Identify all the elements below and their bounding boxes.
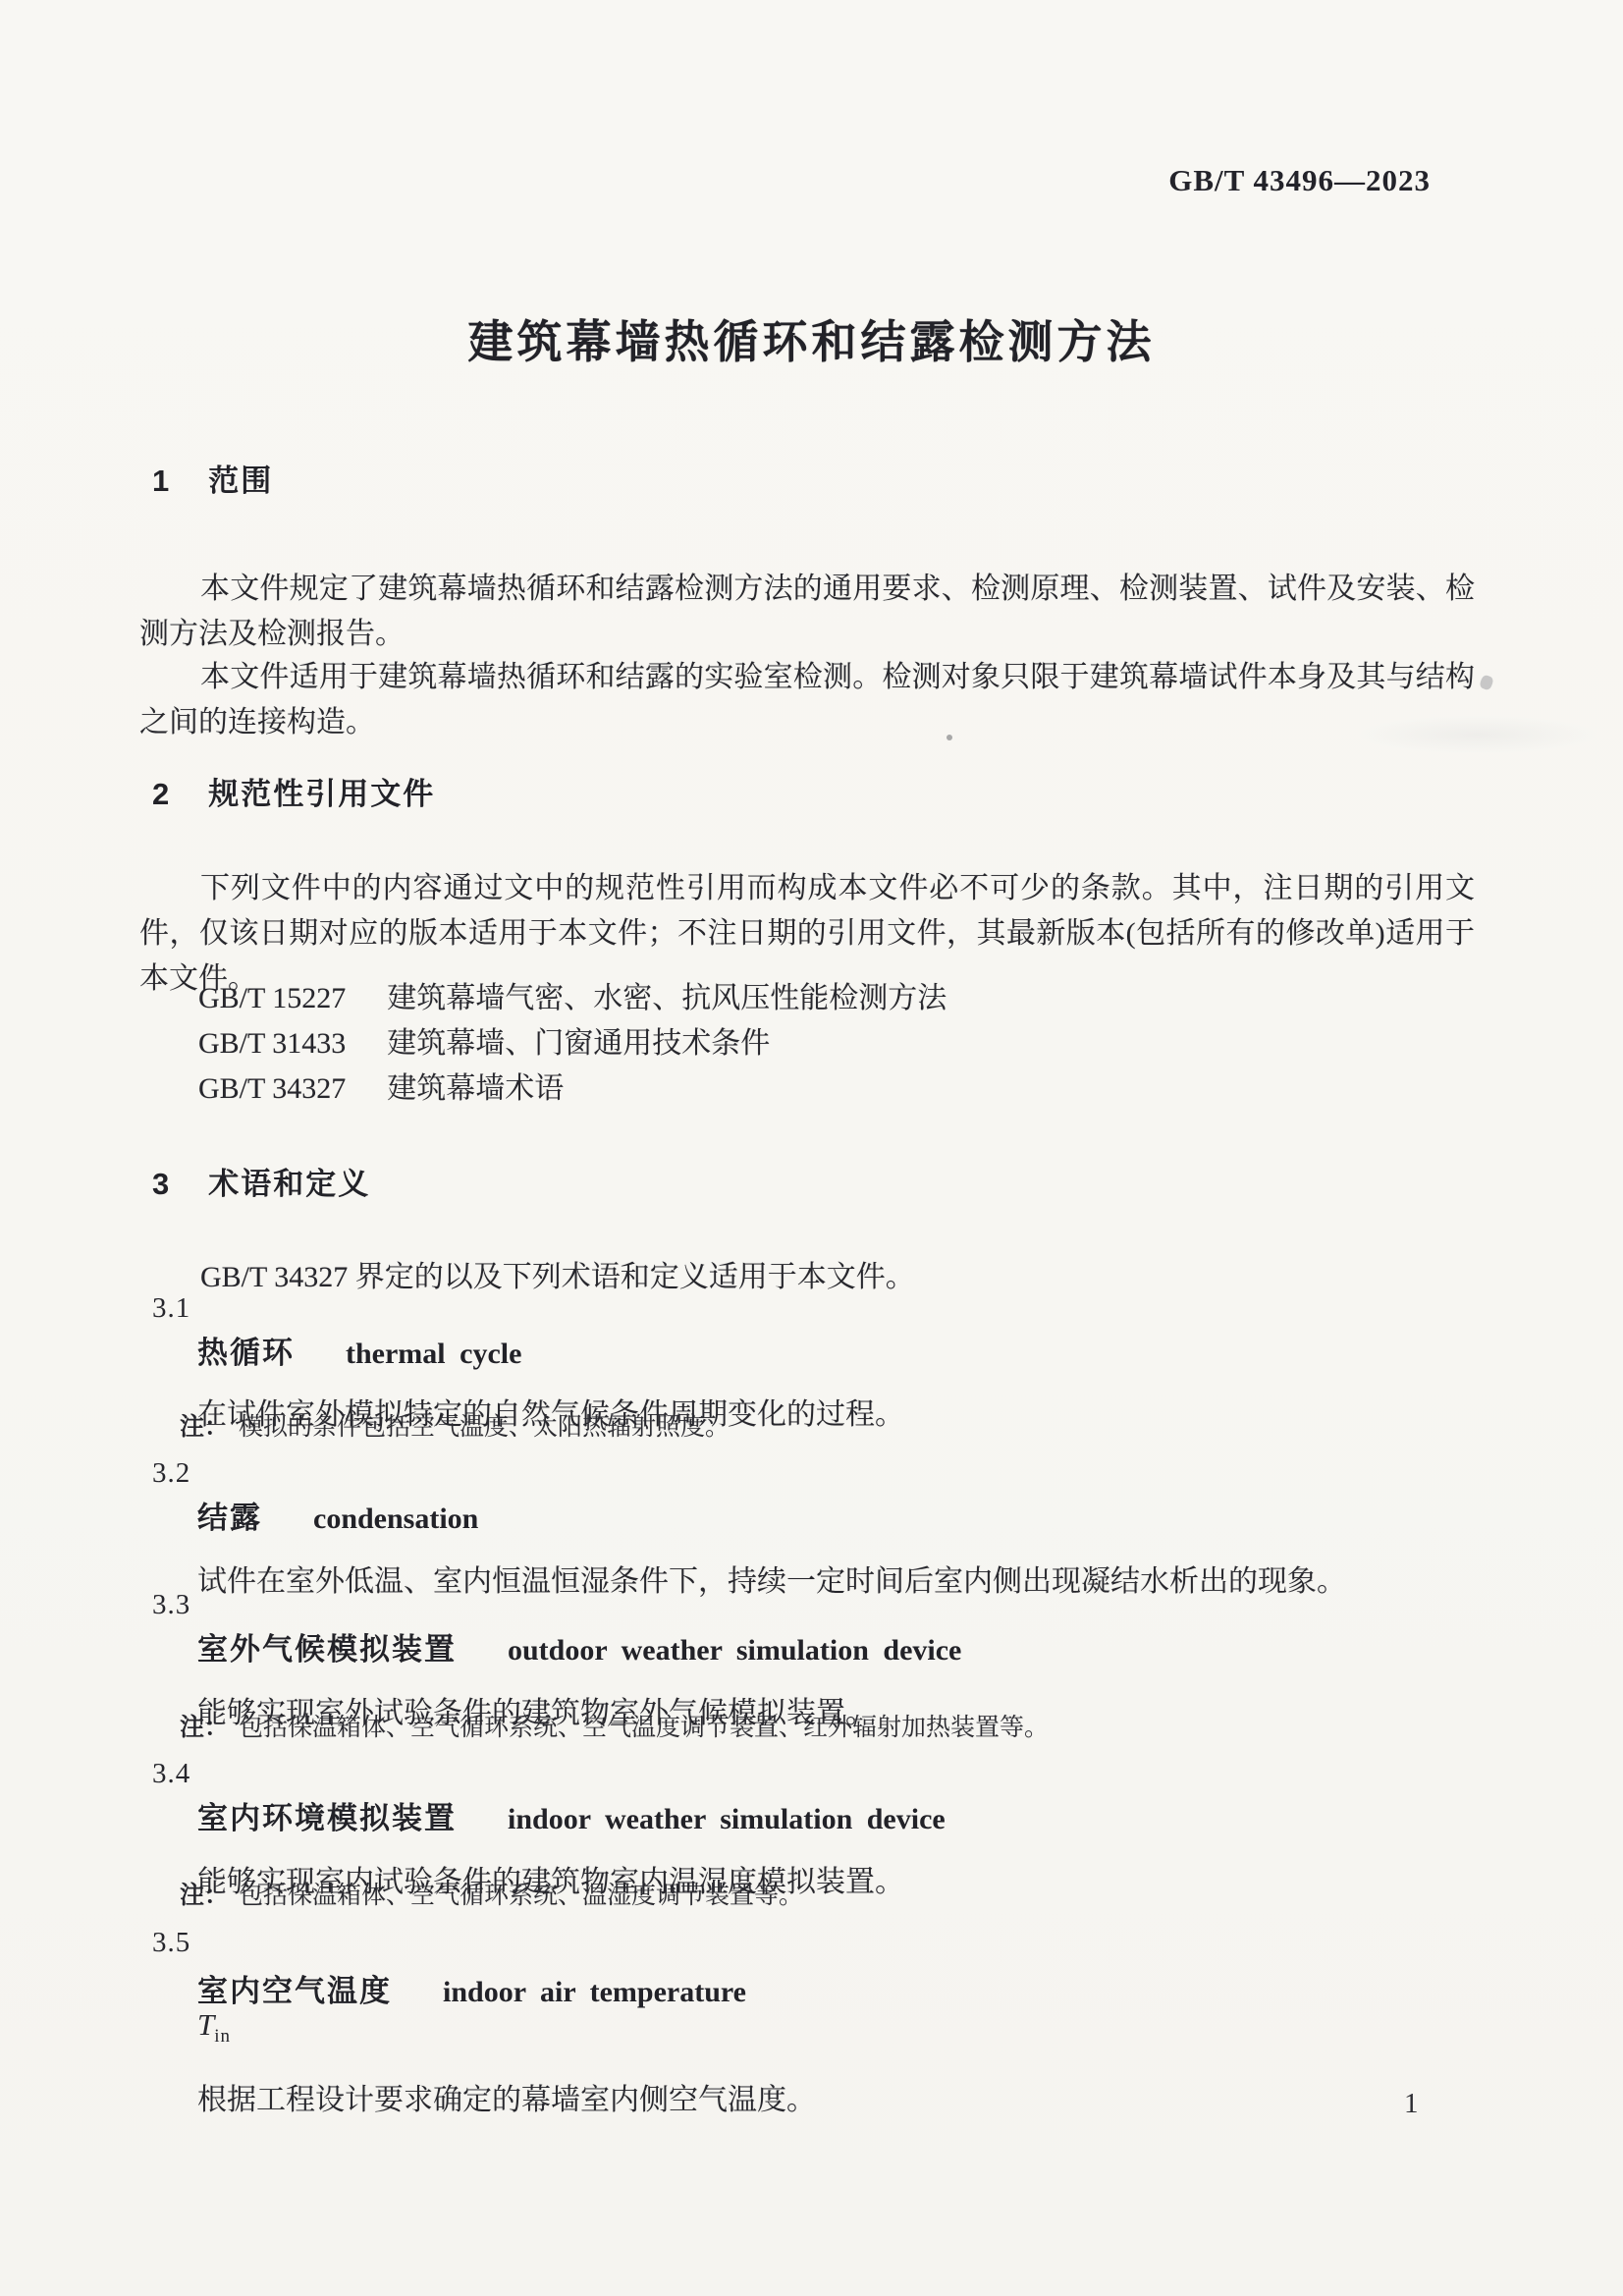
term-3-4-note: 注： 包括保温箱体、空气循环系统、温湿度调节装置等。: [180, 1876, 1476, 1915]
page-number: 1: [1404, 2088, 1419, 2120]
note-text: 包括保温箱体、空气循环系统、空气温度调节装置、红外辐射加热装置等。: [239, 1710, 1049, 1747]
section-1-title: 范围: [208, 456, 273, 500]
note-label: 注：: [180, 1407, 229, 1443]
reference-code: GB/T 15227: [198, 976, 346, 1021]
reference-title: 建筑幕墙气密、水密、抗风压性能检测方法: [387, 976, 947, 1021]
term-zh-label: 室内环境模拟装置: [197, 1793, 457, 1837]
clause-number-3-4: 3.4: [152, 1758, 190, 1790]
note-text: 模拟的条件包括空气温度、太阳热辐射照度。: [239, 1409, 730, 1447]
symbol-subscript: in: [214, 2026, 231, 2047]
section-3-heading: 3 术语和定义: [152, 1159, 370, 1203]
reference-item: GB/T 34327 建筑幕墙术语: [198, 1066, 1475, 1112]
term-3-5-symbol: Tin: [197, 2007, 231, 2048]
note-label: 注：: [180, 1708, 229, 1743]
section-2-heading: 2 规范性引用文件: [152, 769, 435, 813]
scope-paragraph-1: 本文件规定了建筑幕墙热循环和结露检测方法的通用要求、检测原理、检测装置、试件及安…: [139, 567, 1475, 657]
scan-speck: [1479, 674, 1494, 690]
reference-code: GB/T 31433: [198, 1021, 346, 1066]
section-2-number: 2: [152, 777, 171, 812]
note-label: 注：: [180, 1876, 229, 1911]
reference-title: 建筑幕墙、门窗通用技术条件: [387, 1021, 770, 1066]
terms-intro-paragraph: GB/T 34327 界定的以及下列术语和定义适用于本文件。: [139, 1255, 1475, 1300]
term-3-1: 热循环 thermal cycle: [197, 1328, 521, 1372]
clause-number-3-5: 3.5: [152, 1927, 190, 1959]
term-3-3-note: 注： 包括保温箱体、空气循环系统、空气温度调节装置、红外辐射加热装置等。: [180, 1708, 1476, 1747]
term-3-3: 室外气候模拟装置 outdoor weather simulation devi…: [197, 1624, 961, 1668]
term-3-1-note: 注： 模拟的条件包括空气温度、太阳热辐射照度。: [180, 1407, 1476, 1447]
term-en-label: outdoor weather simulation device: [508, 1634, 961, 1667]
reference-code: GB/T 34327: [198, 1066, 346, 1112]
term-3-2-definition: 试件在室外低温、室内恒温恒湿条件下，持续一定时间后室内侧出现凝结水析出的现象。: [197, 1559, 1484, 1605]
note-text: 包括保温箱体、空气循环系统、温湿度调节装置等。: [239, 1878, 803, 1915]
term-3-5-definition: 根据工程设计要求确定的幕墙室内侧空气温度。: [197, 2078, 1484, 2123]
term-en-label: indoor air temperature: [443, 1976, 746, 2009]
symbol-letter: T: [197, 2007, 214, 2042]
term-zh-label: 室外气候模拟装置: [197, 1624, 457, 1668]
term-zh-label: 结露: [197, 1493, 262, 1537]
normative-references-list: GB/T 15227 建筑幕墙气密、水密、抗风压性能检测方法 GB/T 3143…: [198, 976, 1475, 1112]
scan-speck: [947, 735, 952, 740]
section-1-heading: 1 范围: [152, 456, 273, 500]
section-2-title: 规范性引用文件: [208, 769, 435, 813]
term-en-label: condensation: [313, 1503, 478, 1536]
document-page: GB/T 43496—2023 建筑幕墙热循环和结露检测方法 1 范围 本文件规…: [0, 0, 1623, 2296]
reference-title: 建筑幕墙术语: [387, 1066, 564, 1112]
term-en-label: indoor weather simulation device: [508, 1803, 946, 1836]
clause-number-3-3: 3.3: [152, 1589, 190, 1621]
clause-number-3-2: 3.2: [152, 1457, 190, 1490]
term-3-2: 结露 condensation: [197, 1493, 478, 1537]
section-3-title: 术语和定义: [208, 1159, 370, 1203]
reference-item: GB/T 31433 建筑幕墙、门窗通用技术条件: [198, 1021, 1475, 1066]
reference-item: GB/T 15227 建筑幕墙气密、水密、抗风压性能检测方法: [198, 976, 1475, 1021]
scan-smudge: [1355, 715, 1600, 754]
term-3-5: 室内空气温度 indoor air temperature: [197, 1966, 746, 2010]
standard-code: GB/T 43496—2023: [1168, 163, 1431, 198]
page-title: 建筑幕墙热循环和结露检测方法: [0, 306, 1623, 371]
scope-paragraph-2: 本文件适用于建筑幕墙热循环和结露的实验室检测。检测对象只限于建筑幕墙试件本身及其…: [139, 655, 1475, 745]
term-zh-label: 热循环: [197, 1328, 295, 1372]
section-1-number: 1: [152, 464, 171, 499]
term-en-label: thermal cycle: [346, 1338, 521, 1371]
term-3-4: 室内环境模拟装置 indoor weather simulation devic…: [197, 1793, 946, 1837]
clause-number-3-1: 3.1: [152, 1292, 190, 1325]
term-zh-label: 室内空气温度: [197, 1966, 392, 2010]
section-3-number: 3: [152, 1167, 171, 1202]
